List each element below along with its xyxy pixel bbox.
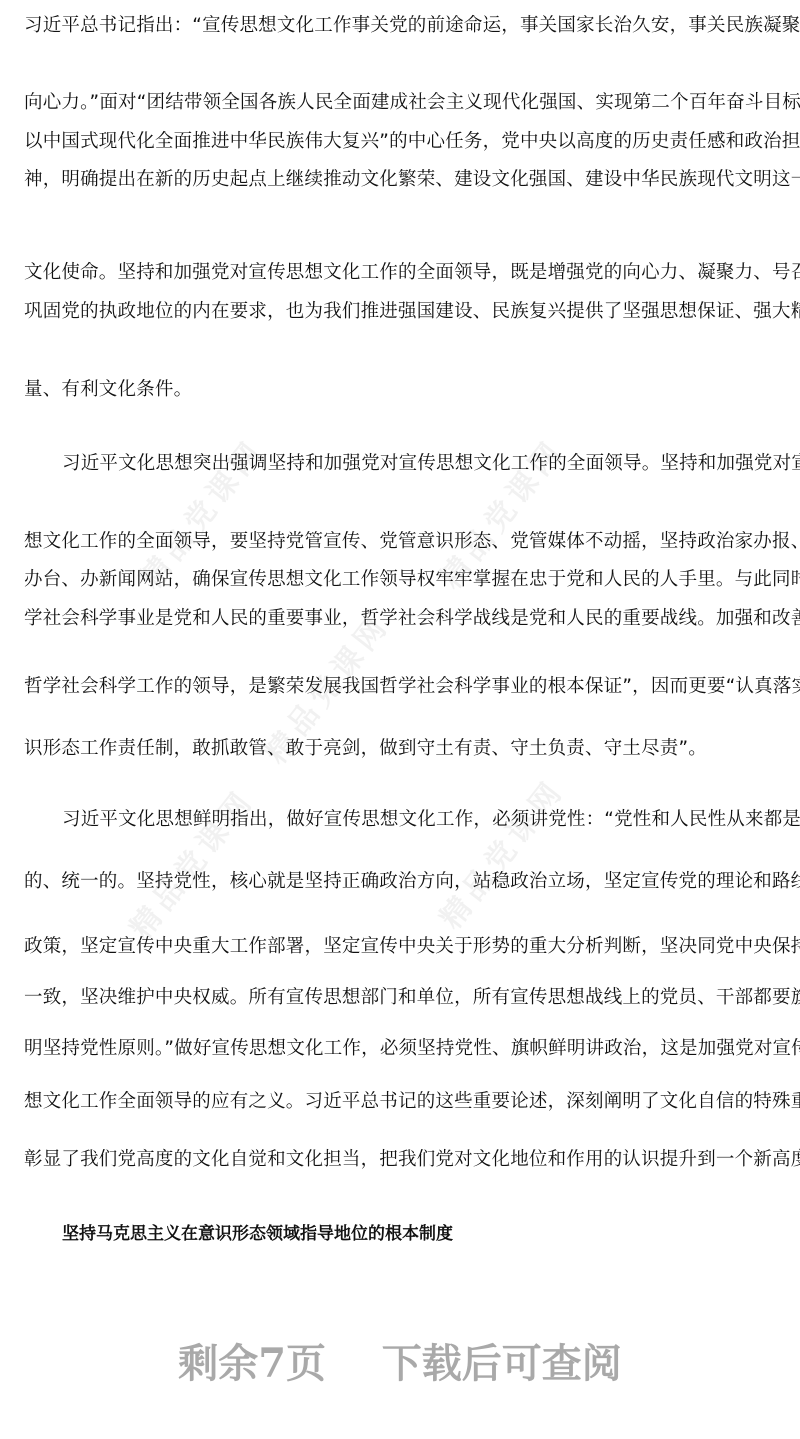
- text-line: 以中国式现代化全面推进中华民族伟大复兴”的中心任务，党中央以高度的历史责任感和政…: [24, 130, 780, 154]
- text-line: 向心力。”面对“团结带领全国各族人民全面建成社会主义现代化强国、实现第二个百年奋…: [24, 91, 780, 115]
- section-heading: 坚持马克思主义在意识形态领域指导地位的根本制度: [62, 1222, 453, 1246]
- text-line: 习近平文化思想突出强调坚持和加强党对宣传思想文化工作的全面领导。坚持和加强党对宣…: [62, 452, 780, 476]
- text-line: 习近平文化思想鲜明指出，做好宣传思想文化工作，必须讲党性：“党性和人民性从来都是…: [62, 808, 780, 832]
- text-line: 巩固党的执政地位的内在要求，也为我们推进强国建设、民族复兴提供了坚强思想保证、强…: [24, 300, 780, 324]
- watermark: 精品党课网: [427, 768, 572, 937]
- text-line: 的、统一的。坚持党性，核心就是坚持正确政治方向，站稳政治立场，坚定宣传党的理论和…: [24, 870, 780, 894]
- text-line: 办台、办新闻网站，确保宣传思想文化工作领导权牢牢掌握在忠于党和人民的人手里。与此…: [24, 568, 780, 592]
- text-line: 想文化工作全面领导的应有之义。习近平总书记的这些重要论述，深刻阐明了文化自信的特…: [24, 1090, 780, 1114]
- text-line: 习近平总书记指出：“宣传思想文化工作事关党的前途命运，事关国家长治久安，事关民族…: [24, 14, 780, 38]
- text-line: 明坚持党性原则。”做好宣传思想文化工作，必须坚持党性、旗帜鲜明讲政治，这是加强党…: [24, 1037, 780, 1061]
- download-prompt-button[interactable]: 剩余7页 下载后可查阅: [0, 1338, 800, 1390]
- text-line: 量、有利文化条件。: [24, 378, 780, 402]
- text-line: 文化使命。坚持和加强党对宣传思想文化工作的全面领导，既是增强党的向心力、凝聚力、…: [24, 261, 780, 285]
- text-line: 政策，坚定宣传中央重大工作部署，坚定宣传中央关于形势的重大分析判断，坚决同党中央…: [24, 935, 780, 959]
- text-line: 识形态工作责任制，敢抓敢管、敢于亮剑，做到守土有责、守土负责、守土尽责”。: [24, 737, 780, 761]
- watermark: 精品党课网: [117, 778, 262, 947]
- text-line: 一致，坚决维护中央权威。所有宣传思想部门和单位，所有宣传思想战线上的党员、干部都…: [24, 986, 780, 1010]
- text-line: 想文化工作的全面领导，要坚持党管宣传、党管意识形态、党管媒体不动摇，坚持政治家办…: [24, 530, 780, 554]
- text-line: 彰显了我们党高度的文化自觉和文化担当，把我们党对文化地位和作用的认识提升到一个新…: [24, 1148, 780, 1172]
- text-line: 哲学社会科学工作的领导，是繁荣发展我国哲学社会科学事业的根本保证”，因而更要“认…: [24, 675, 780, 699]
- text-line: 学社会科学事业是党和人民的重要事业，哲学社会科学战线是党和人民的重要战线。加强和…: [24, 607, 780, 631]
- text-line: 神，明确提出在新的历史起点上继续推动文化繁荣、建设文化强国、建设中华民族现代文明…: [24, 168, 780, 192]
